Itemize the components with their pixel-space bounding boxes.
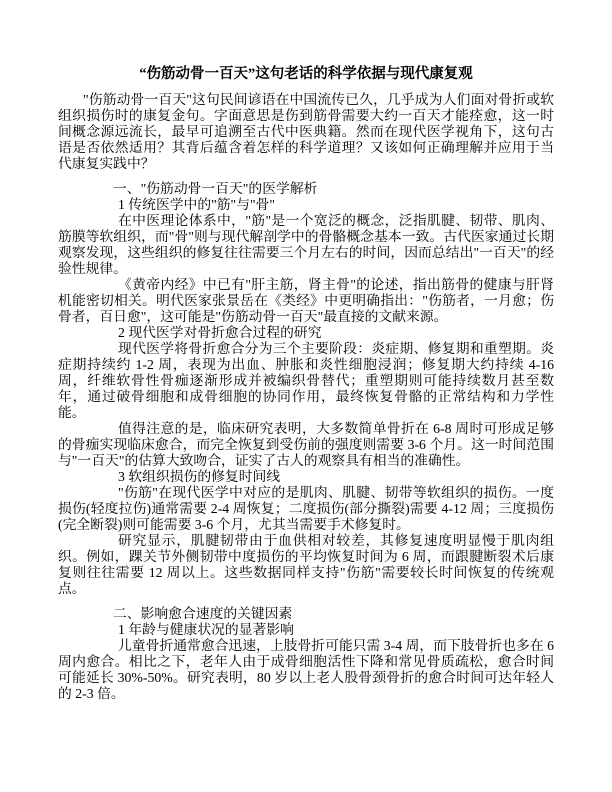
subsection-1-1-paragraph-2: 《黄帝内经》中已有"肝主筋，肾主骨"的论述，指出筋骨的健康与肝肾机能密切相关。明… xyxy=(58,277,554,325)
document-title: “伤筋动骨一百天”这句老话的科学依据与现代康复观 xyxy=(58,63,554,85)
subsection-1-2-heading: 2 现代医学对骨折愈合过程的研究 xyxy=(58,325,554,341)
subsection-2-1-paragraph-1: 儿童骨折通常愈合迅速，上肢骨折可能只需 3-4 周，而下肢骨折也多在 6 周内愈… xyxy=(58,638,554,702)
subsection-2-1-heading: 1 年龄与健康状况的显著影响 xyxy=(58,622,554,638)
subsection-1-2-paragraph-1: 现代医学将骨折愈合分为三个主要阶段：炎症期、修复期和重塑期。炎症期持续约 1-2… xyxy=(58,341,554,421)
document-page: “伤筋动骨一百天”这句老话的科学依据与现代康复观 "伤筋动骨一百天"这句民间谚语… xyxy=(0,0,612,792)
subsection-1-3-heading: 3 软组织损伤的修复时间线 xyxy=(58,469,554,485)
subsection-1-1-paragraph-1: 在中医理论体系中，"筋"是一个宽泛的概念，泛指肌腱、韧带、肌肉、筋膜等软组织，而… xyxy=(58,213,554,277)
intro-paragraph: "伤筋动骨一百天"这句民间谚语在中国流传已久，几乎成为人们面对骨折或软组织损伤时… xyxy=(58,92,554,172)
subsection-1-3-paragraph-2: 研究显示，肌腱韧带由于血供相对较差，其修复速度明显慢于肌肉组织。例如，踝关节外侧… xyxy=(58,533,554,597)
subsection-1-3-paragraph-1: "伤筋"在现代医学中对应的是肌肉、肌腱、韧带等软组织的损伤。一度损伤(轻度拉伤)… xyxy=(58,485,554,533)
subsection-1-1-heading: 1 传统医学中的"筋"与"骨" xyxy=(58,197,554,213)
subsection-1-2-paragraph-2: 值得注意的是，临床研究表明，大多数简单骨折在 6-8 周时可形成足够的骨痂实现临… xyxy=(58,421,554,469)
section-2-heading: 二、影响愈合速度的关键因素 xyxy=(58,606,554,622)
section-1-heading: 一、"伤筋动骨一百天"的医学解析 xyxy=(58,181,554,197)
